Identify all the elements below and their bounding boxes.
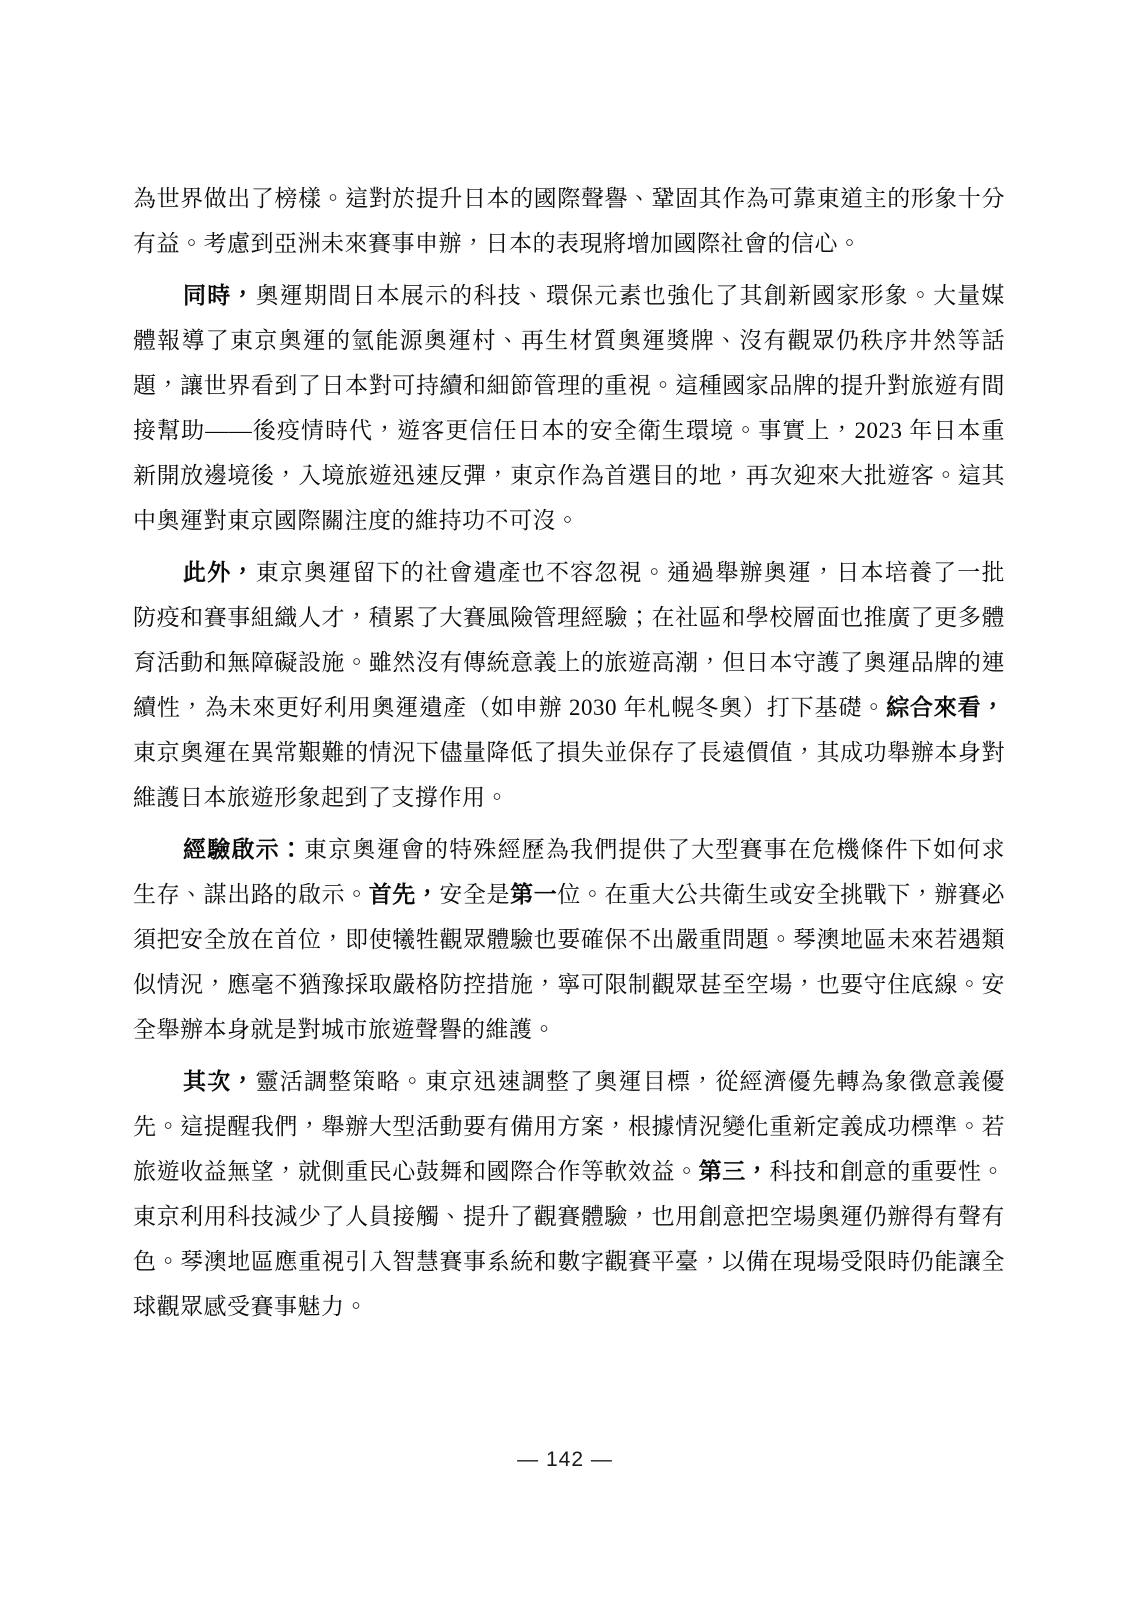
bold-text-run: 此外， — [183, 560, 256, 585]
bold-text-run: 綜合來看， — [886, 695, 1005, 720]
paragraph: 為世界做出了榜樣。這對於提升日本的國際聲譽、鞏固其作為可靠東道主的形象十分有益。… — [133, 176, 1005, 266]
document-page: 為世界做出了榜樣。這對於提升日本的國際聲譽、鞏固其作為可靠東道主的形象十分有益。… — [0, 0, 1130, 1600]
paragraph: 經驗啟示：東京奧運會的特殊經歷為我們提供了大型賽事在危機條件下如何求生存、謀出路… — [133, 827, 1005, 1052]
bold-text-run: 經驗啟示： — [183, 837, 304, 862]
paragraph: 其次，靈活調整策略。東京迅速調整了奧運目標，從經濟優先轉為象徵意義優先。這提醒我… — [133, 1059, 1005, 1329]
page-footer: — 142 — — [0, 1448, 1130, 1472]
text-run: 安全是 — [439, 882, 510, 907]
text-run: 奧運期間日本展示的科技、環保元素也強化了其創新國家形象。大量媒體報導了東京奧運的… — [133, 283, 1005, 533]
bold-text-run: 首先， — [369, 882, 440, 907]
bold-text-run: 同時， — [183, 283, 256, 308]
text-run: 東京奧運在異常艱難的情況下儘量降低了損失並保存了長遠價值，其成功舉辦本身對維護日… — [133, 740, 1005, 810]
page-number: — 142 — — [517, 1448, 613, 1471]
bold-text-run: 第三， — [699, 1159, 770, 1184]
bold-text-run: 其次， — [183, 1069, 256, 1094]
paragraph: 此外，東京奧運留下的社會遺產也不容忽視。通過舉辦奧運，日本培養了一批防疫和賽事組… — [133, 550, 1005, 820]
page-content: 為世界做出了榜樣。這對於提升日本的國際聲譽、鞏固其作為可靠東道主的形象十分有益。… — [133, 176, 1005, 1336]
text-run: 東京奧運留下的社會遺產也不容忽視。通過舉辦奧運，日本培養了一批防疫和賽事組織人才… — [133, 560, 1005, 720]
bold-text-run: 第一 — [510, 882, 557, 907]
text-run: 為世界做出了榜樣。這對於提升日本的國際聲譽、鞏固其作為可靠東道主的形象十分有益。… — [133, 186, 1005, 256]
paragraph: 同時，奧運期間日本展示的科技、環保元素也強化了其創新國家形象。大量媒體報導了東京… — [133, 273, 1005, 543]
